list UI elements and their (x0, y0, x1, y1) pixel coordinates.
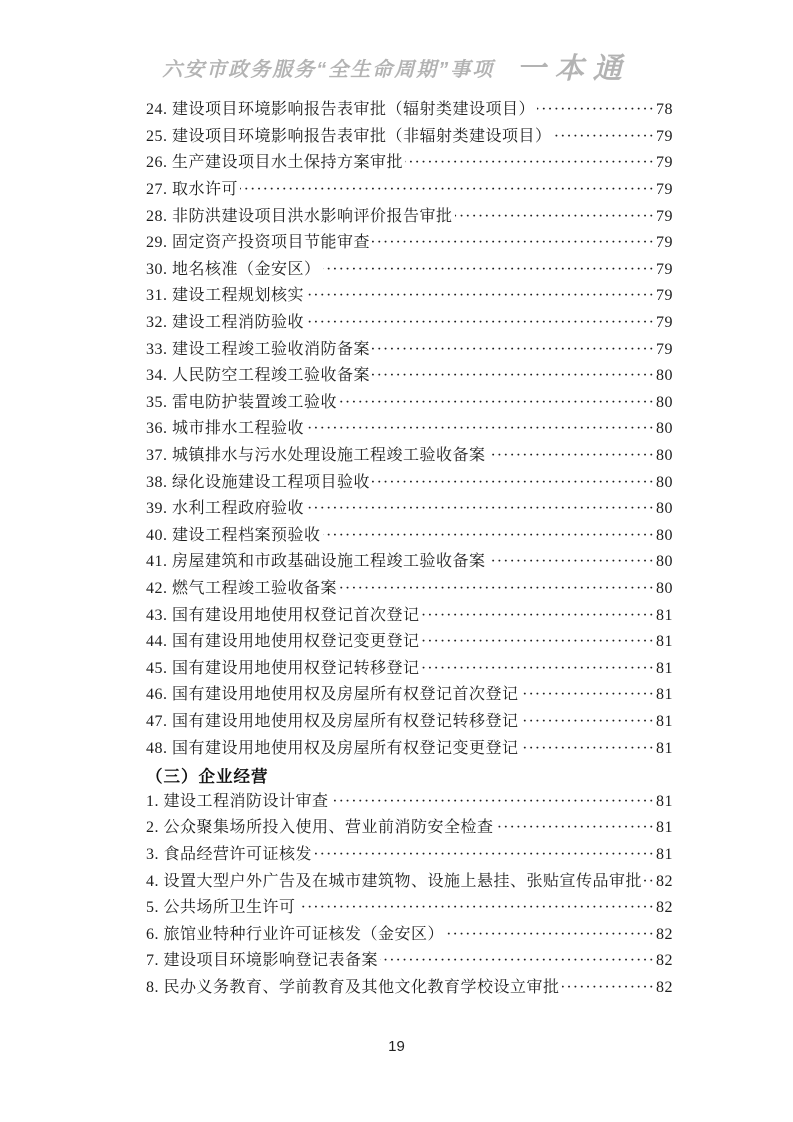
toc-entry-page: 80 (656, 528, 673, 544)
toc-entry-page: 80 (656, 448, 673, 464)
toc-entry: 24. 建设项目环境影响报告表审批（辐射类建设项目）··············… (146, 97, 673, 124)
toc-entry-page: 79 (656, 288, 673, 304)
toc-entry-page: 80 (656, 421, 673, 437)
dot-leader: ········································… (488, 448, 655, 464)
toc-entry-label: 31. 建设工程规划核实 (146, 288, 304, 304)
toc-section-heading: （三）企业经营 (146, 762, 673, 789)
toc-entry-page: 82 (656, 953, 673, 969)
toc-entry: 6. 旅馆业特种行业许可证核发（金安区）····················… (146, 921, 673, 948)
toc-entry-page: 81 (656, 794, 673, 810)
dot-leader: ········································… (331, 794, 655, 810)
toc-entry: 28. 非防洪建设项目洪水影响评价报告审批···················… (146, 203, 673, 230)
dot-leader: ········································… (380, 953, 655, 969)
dot-leader: ········································… (488, 554, 655, 570)
toc-entry-label: 38. 绿化设施建设工程项目验收 (146, 475, 370, 491)
toc-entry-label: 30. 地名核准（金安区） (146, 262, 321, 278)
toc-entry: 45. 国有建设用地使用权登记转移登记·····················… (146, 655, 673, 682)
dot-leader: ········································… (496, 820, 655, 836)
toc-entry-label: 33. 建设工程竣工验收消防备案 (146, 342, 370, 358)
toc-entry-label: 4. 设置大型户外广告及在城市建筑物、设施上悬挂、张贴宣传品审批 (146, 874, 642, 890)
toc-entry: 40. 建设工程档案预验收···························… (146, 523, 673, 550)
toc-entry-label: 42. 燃气工程竣工验收备案 (146, 581, 337, 597)
dot-leader: ········································… (562, 980, 655, 996)
toc-entry-label: 48. 国有建设用地使用权及房屋所有权登记变更登记 (146, 741, 519, 757)
toc-entry: 3. 食品经营许可证核发····························… (146, 842, 673, 869)
toc-entry-page: 79 (656, 262, 673, 278)
toc-entry-page: 81 (656, 847, 673, 863)
dot-leader: ········································… (314, 847, 655, 863)
dot-leader: ········································… (405, 155, 655, 171)
toc-entry-label: 40. 建设工程档案预验收 (146, 528, 321, 544)
dot-leader: ········································… (306, 421, 655, 437)
toc-entry: 43. 国有建设用地使用权登记首次登记·····················… (146, 602, 673, 629)
toc-entry: 1. 建设工程消防设计审查···························… (146, 788, 673, 815)
document-header: 六安市政务服务“全生命周期”事项 一本通 (0, 46, 793, 87)
header-brand: 一本通 (517, 53, 631, 85)
toc-entry: 30. 地名核准（金安区）···························… (146, 257, 673, 284)
toc-entry: 5. 公共场所卫生许可·····························… (146, 895, 673, 922)
toc-entry: 47. 国有建设用地使用权及房屋所有权登记转移登记···············… (146, 709, 673, 736)
toc-entry: 39. 水利工程政府验收····························… (146, 496, 673, 523)
toc-entry-page: 79 (656, 342, 673, 358)
toc-entry-page: 81 (656, 820, 673, 836)
toc-entry-label: 45. 国有建设用地使用权登记转移登记 (146, 661, 420, 677)
dot-leader: ········································… (306, 315, 655, 331)
dot-leader: ········································… (537, 102, 655, 118)
dot-leader: ········································… (521, 687, 655, 703)
toc-entry: 2. 公众聚集场所投入使用、营业前消防安全检查·················… (146, 815, 673, 842)
toc-entry: 31. 建设工程规划核实····························… (146, 283, 673, 310)
toc-entry-label: 29. 固定资产投资项目节能审查 (146, 235, 370, 251)
toc-entry-label: 44. 国有建设用地使用权登记变更登记 (146, 634, 420, 650)
toc-entry: 37. 城镇排水与污水处理设施工程竣工验收备案·················… (146, 443, 673, 470)
toc-entry-label: 6. 旅馆业特种行业许可证核发（金安区） (146, 927, 444, 943)
toc-entry: 44. 国有建设用地使用权登记变更登记·····················… (146, 629, 673, 656)
toc-entry: 25. 建设项目环境影响报告表审批（非辐射类建设项目）·············… (146, 124, 673, 151)
toc-entry-page: 80 (656, 554, 673, 570)
toc-entry-label: 24. 建设项目环境影响报告表审批（辐射类建设项目） (146, 102, 535, 118)
dot-leader: ········································… (323, 262, 655, 278)
dot-leader: ········································… (306, 501, 655, 517)
toc-entry: 27. 取水许可································… (146, 177, 673, 204)
toc-entry-label: 41. 房屋建筑和市政基础设施工程竣工验收备案 (146, 554, 486, 570)
dot-leader: ········································… (455, 209, 655, 225)
dot-leader: ········································… (339, 581, 655, 597)
dot-leader: ········································… (521, 741, 655, 757)
dot-leader: ········································… (422, 608, 655, 624)
toc-entry: 29. 固定资产投资项目节能审查························… (146, 230, 673, 257)
header-title: 六安市政务服务“全生命周期”事项 (162, 59, 494, 81)
toc-entry-label: 43. 国有建设用地使用权登记首次登记 (146, 608, 420, 624)
dot-leader: ········································… (446, 927, 655, 943)
toc-entry: 46. 国有建设用地使用权及房屋所有权登记首次登记···············… (146, 682, 673, 709)
dot-leader: ········································… (339, 395, 655, 411)
dot-leader: ········································… (644, 874, 655, 890)
toc-entry: 42. 燃气工程竣工验收备案··························… (146, 576, 673, 603)
page-number: 19 (388, 1038, 405, 1055)
toc-entry-page: 80 (656, 395, 673, 411)
toc-entry-page: 79 (656, 129, 673, 145)
toc-entry-page: 79 (656, 182, 673, 198)
page-footer: 19 (0, 1038, 793, 1055)
toc-entry-label: 2. 公众聚集场所投入使用、营业前消防安全检查 (146, 820, 494, 836)
toc-entry-page: 81 (656, 687, 673, 703)
dot-leader: ········································… (240, 182, 655, 198)
toc-entry-label: 25. 建设项目环境影响报告表审批（非辐射类建设项目） (146, 129, 552, 145)
toc-entry-label: 1. 建设工程消防设计审查 (146, 794, 329, 810)
toc-entry-label: 35. 雷电防护装置竣工验收 (146, 395, 337, 411)
table-of-contents: 24. 建设项目环境影响报告表审批（辐射类建设项目）··············… (146, 97, 673, 1001)
toc-entry: 41. 房屋建筑和市政基础设施工程竣工验收备案·················… (146, 549, 673, 576)
toc-entry-page: 81 (656, 741, 673, 757)
toc-entry-label: 8. 民办义务教育、学前教育及其他文化教育学校设立审批 (146, 980, 560, 996)
toc-entry-page: 82 (656, 927, 673, 943)
toc-entry-label: 7. 建设项目环境影响登记表备案 (146, 953, 378, 969)
toc-entry-page: 79 (656, 209, 673, 225)
toc-entry-page: 79 (656, 235, 673, 251)
toc-entry: 35. 雷电防护装置竣工验收··························… (146, 390, 673, 417)
toc-entry-page: 79 (656, 315, 673, 331)
dot-leader: ········································… (372, 342, 655, 358)
toc-entry: 48. 国有建设用地使用权及房屋所有权登记变更登记···············… (146, 735, 673, 762)
toc-entry-label: 34. 人民防空工程竣工验收备案 (146, 368, 370, 384)
toc-entry-page: 81 (656, 608, 673, 624)
toc-entry: 34. 人民防空工程竣工验收备案························… (146, 363, 673, 390)
toc-entry-page: 82 (656, 874, 673, 890)
toc-entry-page: 80 (656, 581, 673, 597)
toc-entry-label: 3. 食品经营许可证核发 (146, 847, 312, 863)
dot-leader: ········································… (298, 900, 655, 916)
dot-leader: ········································… (422, 661, 655, 677)
toc-entry: 38. 绿化设施建设工程项目验收························… (146, 469, 673, 496)
toc-entry-label: 27. 取水许可 (146, 182, 238, 198)
toc-entry-label: 28. 非防洪建设项目洪水影响评价报告审批 (146, 209, 453, 225)
toc-entry-page: 81 (656, 714, 673, 730)
toc-entry-label: 47. 国有建设用地使用权及房屋所有权登记转移登记 (146, 714, 519, 730)
toc-entry-label: 36. 城市排水工程验收 (146, 421, 304, 437)
dot-leader: ········································… (422, 634, 655, 650)
dot-leader: ········································… (372, 368, 655, 384)
toc-entry: 7. 建设项目环境影响登记表备案························… (146, 948, 673, 975)
toc-entry-label: 26. 生产建设项目水土保持方案审批 (146, 155, 403, 171)
toc-entry-page: 80 (656, 368, 673, 384)
dot-leader: ········································… (372, 235, 655, 251)
dot-leader: ········································… (372, 475, 655, 491)
toc-entry: 32. 建设工程消防验收····························… (146, 310, 673, 337)
dot-leader: ········································… (306, 288, 655, 304)
toc-entry-page: 80 (656, 501, 673, 517)
toc-entry-page: 82 (656, 980, 673, 996)
toc-entry-label: 5. 公共场所卫生许可 (146, 900, 296, 916)
dot-leader: ········································… (323, 528, 655, 544)
toc-entry-page: 81 (656, 634, 673, 650)
toc-entry-page: 82 (656, 900, 673, 916)
toc-entry-label: 32. 建设工程消防验收 (146, 315, 304, 331)
toc-entry-label: 39. 水利工程政府验收 (146, 501, 304, 517)
dot-leader: ········································… (521, 714, 655, 730)
toc-entry-page: 80 (656, 475, 673, 491)
toc-entry: 8. 民办义务教育、学前教育及其他文化教育学校设立审批·············… (146, 975, 673, 1002)
toc-entry: 4. 设置大型户外广告及在城市建筑物、设施上悬挂、张贴宣传品审批········… (146, 868, 673, 895)
toc-entry-page: 79 (656, 155, 673, 171)
toc-entry-label: 46. 国有建设用地使用权及房屋所有权登记首次登记 (146, 687, 519, 703)
toc-entry: 26. 生产建设项目水土保持方案审批······················… (146, 150, 673, 177)
toc-entry: 33. 建设工程竣工验收消防备案························… (146, 336, 673, 363)
toc-entry-page: 81 (656, 661, 673, 677)
toc-entry-label: 37. 城镇排水与污水处理设施工程竣工验收备案 (146, 448, 486, 464)
toc-entry-page: 78 (656, 102, 673, 118)
toc-entry: 36. 城市排水工程验收····························… (146, 416, 673, 443)
dot-leader: ········································… (554, 129, 655, 145)
